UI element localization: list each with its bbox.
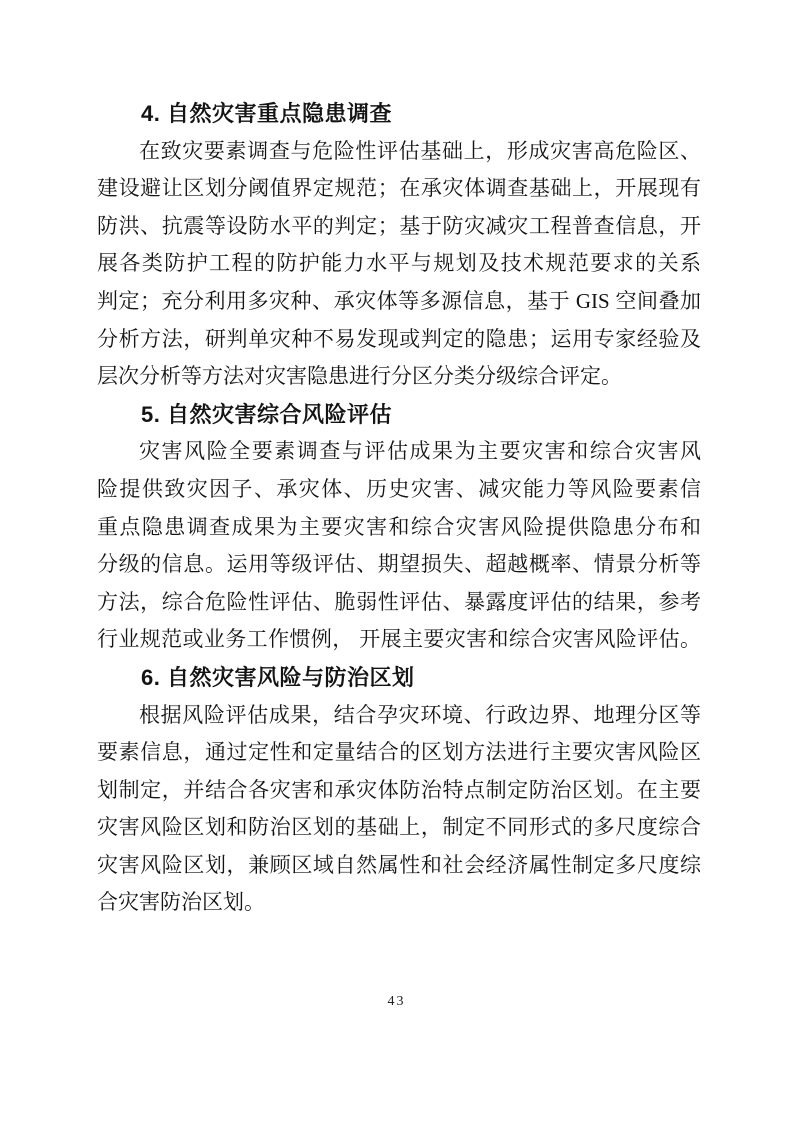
text-line: 灾害风险全要素调查与评估成果为主要灾害和综合灾害风 bbox=[97, 433, 701, 471]
text-line: 展各类防护工程的防护能力水平与规划及技术规范要求的关系 bbox=[97, 245, 701, 283]
section-heading-4: 4. 自然灾害重点隐患调查 bbox=[97, 95, 701, 133]
text-line: 合灾害防治区划。 bbox=[97, 884, 701, 922]
text-line: 建设避让区划分阈值界定规范；在承灾体调查基础上，开展现有 bbox=[97, 170, 701, 208]
text-line: 行业规范或业务工作惯例， 开展主要灾害和综合灾害风险评估。 bbox=[97, 621, 701, 659]
text-line: 重点隐患调查成果为主要灾害和综合灾害风险提供隐患分布和 bbox=[97, 509, 701, 547]
section-paragraph-6: 根据风险评估成果，结合孕灾环境、行政边界、地理分区等要素信息，通过定性和定量结合… bbox=[97, 697, 701, 923]
text-line: 要素信息，通过定性和定量结合的区划方法进行主要灾害风险区 bbox=[97, 734, 701, 772]
text-line: 灾害风险区划，兼顾区域自然属性和社会经济属性制定多尺度综 bbox=[97, 847, 701, 885]
text-line: 方法，综合危险性评估、脆弱性评估、暴露度评估的结果，参考 bbox=[97, 584, 701, 622]
document-page: 4. 自然灾害重点隐患调查在致灾要素调查与危险性评估基础上，形成灾害高危险区、建… bbox=[0, 0, 793, 1122]
text-line: 在致灾要素调查与危险性评估基础上，形成灾害高危险区、 bbox=[97, 133, 701, 171]
section-heading-6: 6. 自然灾害风险与防治区划 bbox=[97, 659, 701, 697]
text-line: 划制定，并结合各灾害和承灾体防治特点制定防治区划。在主要 bbox=[97, 772, 701, 810]
text-line: 分级的信息。运用等级评估、期望损失、超越概率、情景分析等 bbox=[97, 546, 701, 584]
text-line: 层次分析等方法对灾害隐患进行分区分类分级综合评定。 bbox=[97, 358, 701, 396]
text-line: 判定；充分利用多灾种、承灾体等多源信息，基于 GIS 空间叠加 bbox=[97, 283, 701, 321]
document-body: 4. 自然灾害重点隐患调查在致灾要素调查与危险性评估基础上，形成灾害高危险区、建… bbox=[97, 95, 701, 922]
section-paragraph-5: 灾害风险全要素调查与评估成果为主要灾害和综合灾害风险提供致灾因子、承灾体、历史灾… bbox=[97, 433, 701, 659]
page-footer: 43 bbox=[0, 992, 793, 1010]
text-line: 灾害风险区划和防治区划的基础上，制定不同形式的多尺度综合 bbox=[97, 809, 701, 847]
text-line: 分析方法，研判单灾种不易发现或判定的隐患；运用专家经验及 bbox=[97, 321, 701, 359]
text-line: 防洪、抗震等设防水平的判定；基于防灾减灾工程普查信息，开 bbox=[97, 208, 701, 246]
section-paragraph-4: 在致灾要素调查与危险性评估基础上，形成灾害高危险区、建设避让区划分阈值界定规范；… bbox=[97, 133, 701, 396]
page-number: 43 bbox=[388, 994, 406, 1009]
text-line: 险提供致灾因子、承灾体、历史灾害、减灾能力等风险要素信息， bbox=[97, 471, 701, 509]
section-heading-5: 5. 自然灾害综合风险评估 bbox=[97, 396, 701, 434]
text-line: 根据风险评估成果，结合孕灾环境、行政边界、地理分区等 bbox=[97, 697, 701, 735]
